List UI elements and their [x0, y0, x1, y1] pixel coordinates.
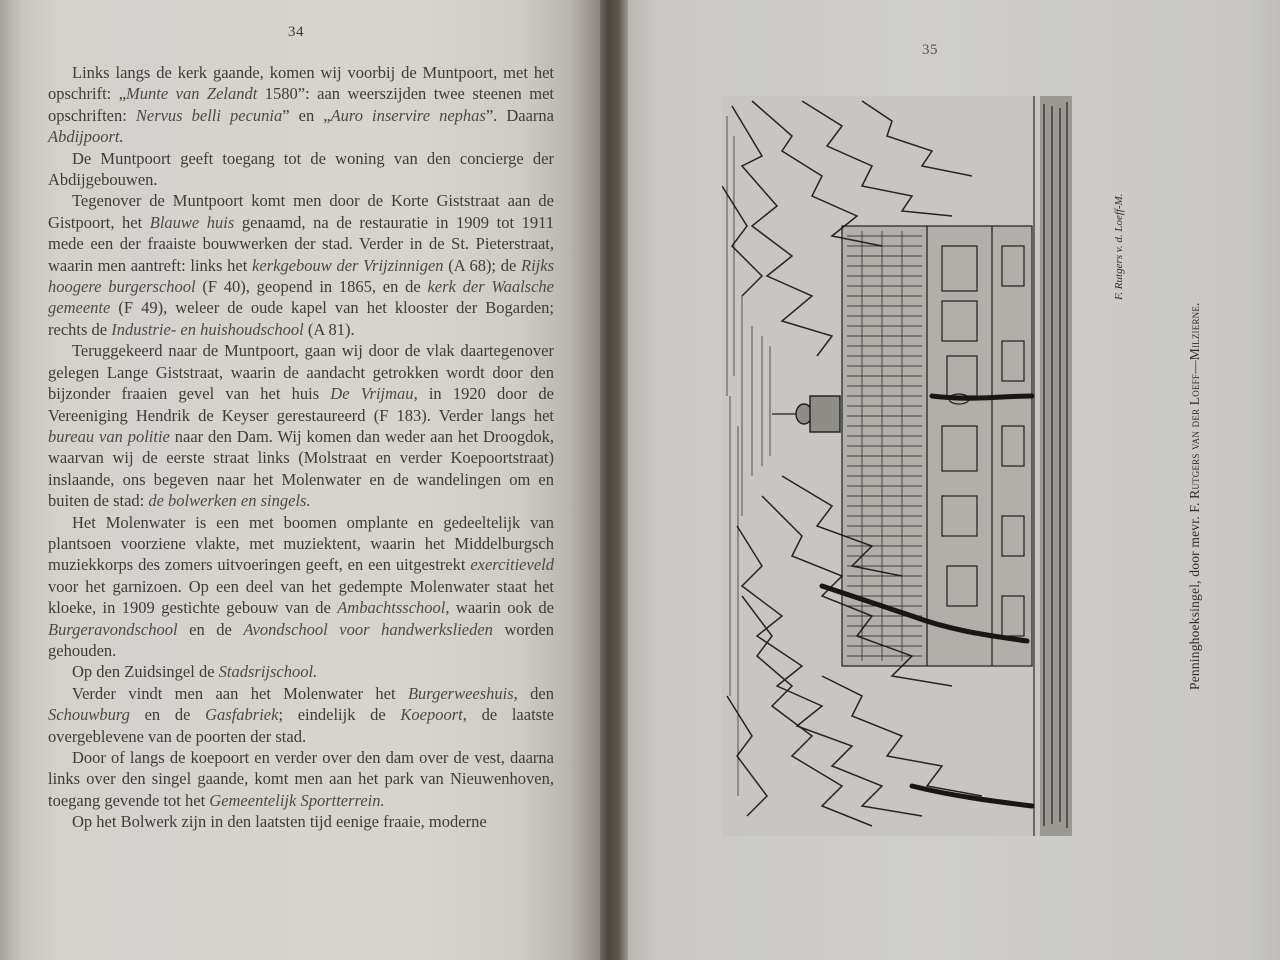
illustration-caption: Penninghoeksingel, door mevr. F. Rutgers…	[1187, 302, 1203, 690]
text-run: De Muntpoort geeft toegang tot de woning…	[48, 149, 554, 189]
italic-term: Gemeentelijk Sportterrein.	[209, 791, 384, 810]
caption-artist: Rutgers van der Loeff—Milzierne.	[1187, 302, 1202, 499]
text-run: , den	[514, 684, 554, 703]
paragraph: De Muntpoort geeft toegang tot de woning…	[48, 148, 554, 191]
left-page: 34 Links langs de kerk gaande, komen wij…	[0, 0, 600, 960]
italic-term: Blauwe huis	[150, 213, 235, 232]
italic-term: Avondschool voor handwerkslieden	[243, 620, 493, 639]
paragraph: Links langs de kerk gaande, komen wij vo…	[48, 62, 554, 148]
text-run: en de	[178, 620, 244, 639]
italic-term: de bolwerken en singels.	[148, 491, 310, 510]
italic-term: Ambachtsschool	[337, 598, 445, 617]
italic-term: De Vrijmau	[330, 384, 413, 403]
text-run: , waarin ook de	[445, 598, 554, 617]
italic-term: Industrie- en huishoudschool	[111, 320, 303, 339]
italic-term: Schouwburg	[48, 705, 130, 724]
paragraph: Teruggekeerd naar de Muntpoort, gaan wij…	[48, 340, 554, 511]
left-page-text: Links langs de kerk gaande, komen wij vo…	[48, 62, 554, 833]
text-run: (A 81).	[304, 320, 355, 339]
text-run: en de	[130, 705, 205, 724]
paragraph: Het Molenwater is een met boomen omplant…	[48, 512, 554, 662]
text-run: (A 68); de	[444, 256, 521, 275]
text-run: (F 40), geopend in 1865, en de	[196, 277, 428, 296]
pen-drawing-illustration	[722, 96, 1072, 836]
italic-term: bureau van politie	[48, 427, 170, 446]
book-gutter	[600, 0, 628, 960]
paragraph: Op het Bolwerk zijn in den laatsten tijd…	[48, 811, 554, 832]
text-run: ”. Daarna	[486, 106, 554, 125]
italic-term: Stadsrijschool.	[219, 662, 318, 681]
italic-term: Munte van Zelandt	[126, 84, 257, 103]
italic-term: Burgeravondschool	[48, 620, 178, 639]
text-run: Op den Zuidsingel de	[72, 662, 219, 681]
paragraph: Door of langs de koepoort en verder over…	[48, 747, 554, 811]
italic-term: Nervus belli pecunia	[136, 106, 282, 125]
text-run: ; eindelijk de	[278, 705, 400, 724]
italic-term: Koepoort	[400, 705, 462, 724]
text-run: ” en „	[282, 106, 330, 125]
italic-term: Auro inservire nephas	[331, 106, 486, 125]
artist-signature: F. Rutgers v. d. Loeff-M.	[1113, 193, 1125, 300]
italic-term: Burgerweeshuis	[408, 684, 514, 703]
italic-term: kerkgebouw der Vrijzinnigen	[252, 256, 443, 275]
drawing-svg	[722, 96, 1072, 836]
paragraph: Verder vindt men aan het Molenwater het …	[48, 683, 554, 747]
text-run: Op het Bolwerk zijn in den laatsten tijd…	[72, 812, 487, 831]
page-number-right: 35	[922, 42, 938, 59]
italic-term: Abdijpoort.	[48, 127, 124, 146]
caption-prefix: Penninghoeksingel, door mevr. F.	[1187, 499, 1202, 690]
italic-term: exercitieveld	[470, 555, 554, 574]
text-run: Verder vindt men aan het Molenwater het	[72, 684, 408, 703]
italic-term: Gasfabriek	[205, 705, 278, 724]
paragraph: Op den Zuidsingel de Stadsrijschool.	[48, 661, 554, 682]
open-book-spread: 34 Links langs de kerk gaande, komen wij…	[0, 0, 1280, 960]
paragraph: Tegenover de Muntpoort komt men door de …	[48, 190, 554, 340]
page-number-left: 34	[288, 24, 304, 41]
